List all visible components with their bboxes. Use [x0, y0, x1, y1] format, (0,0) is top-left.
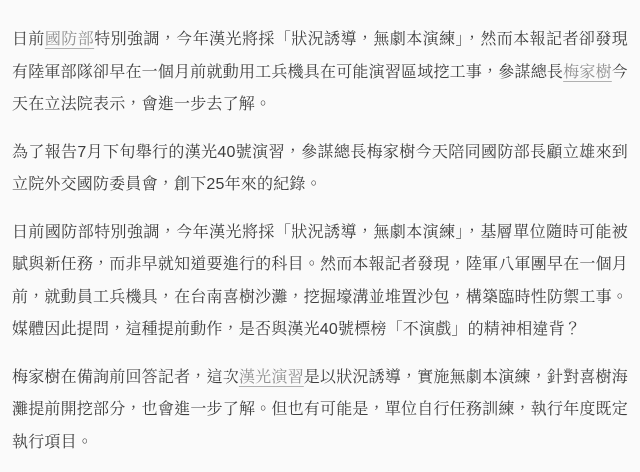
- article-paragraph: 梅家樹在備詢前回答記者，這次漢光演習是以狀況誘導，實施無劇本演練，針對喜樹海灘提…: [12, 362, 628, 460]
- text-run: 為了報告7月下旬舉行的漢光40號演習，參謀總長梅家樹今天陪同國防部長顧立雄來到立…: [12, 144, 628, 194]
- article-paragraph: 為了報告7月下旬舉行的漢光40號演習，參謀總長梅家樹今天陪同國防部長顧立雄來到立…: [12, 137, 628, 202]
- article-paragraph: 日前國防部特別強調，今年漢光將採「狀況誘導，無劇本演練」，然而本報記者卻發現有陸…: [12, 24, 628, 122]
- text-run: 日前國防部特別強調，今年漢光將採「狀況誘導，無劇本演練」，基層單位隨時可能被賦與…: [12, 224, 628, 339]
- text-run: 梅家樹在備詢前回答記者，這次: [12, 369, 239, 386]
- article-paragraph: 日前國防部特別強調，今年漢光將採「狀況誘導，無劇本演練」，基層單位隨時可能被賦與…: [12, 217, 628, 347]
- inline-link[interactable]: 梅家樹: [563, 64, 612, 81]
- inline-link[interactable]: 漢光演習: [239, 369, 304, 386]
- inline-link[interactable]: 國防部: [45, 31, 94, 48]
- text-run: 特別強調，今年漢光將採「狀況誘導，無劇本演練」，然而本報記者卻發現有陸軍部隊卻早…: [12, 31, 628, 81]
- article-body: 日前國防部特別強調，今年漢光將採「狀況誘導，無劇本演練」，然而本報記者卻發現有陸…: [0, 0, 640, 472]
- text-run: 日前: [12, 31, 45, 48]
